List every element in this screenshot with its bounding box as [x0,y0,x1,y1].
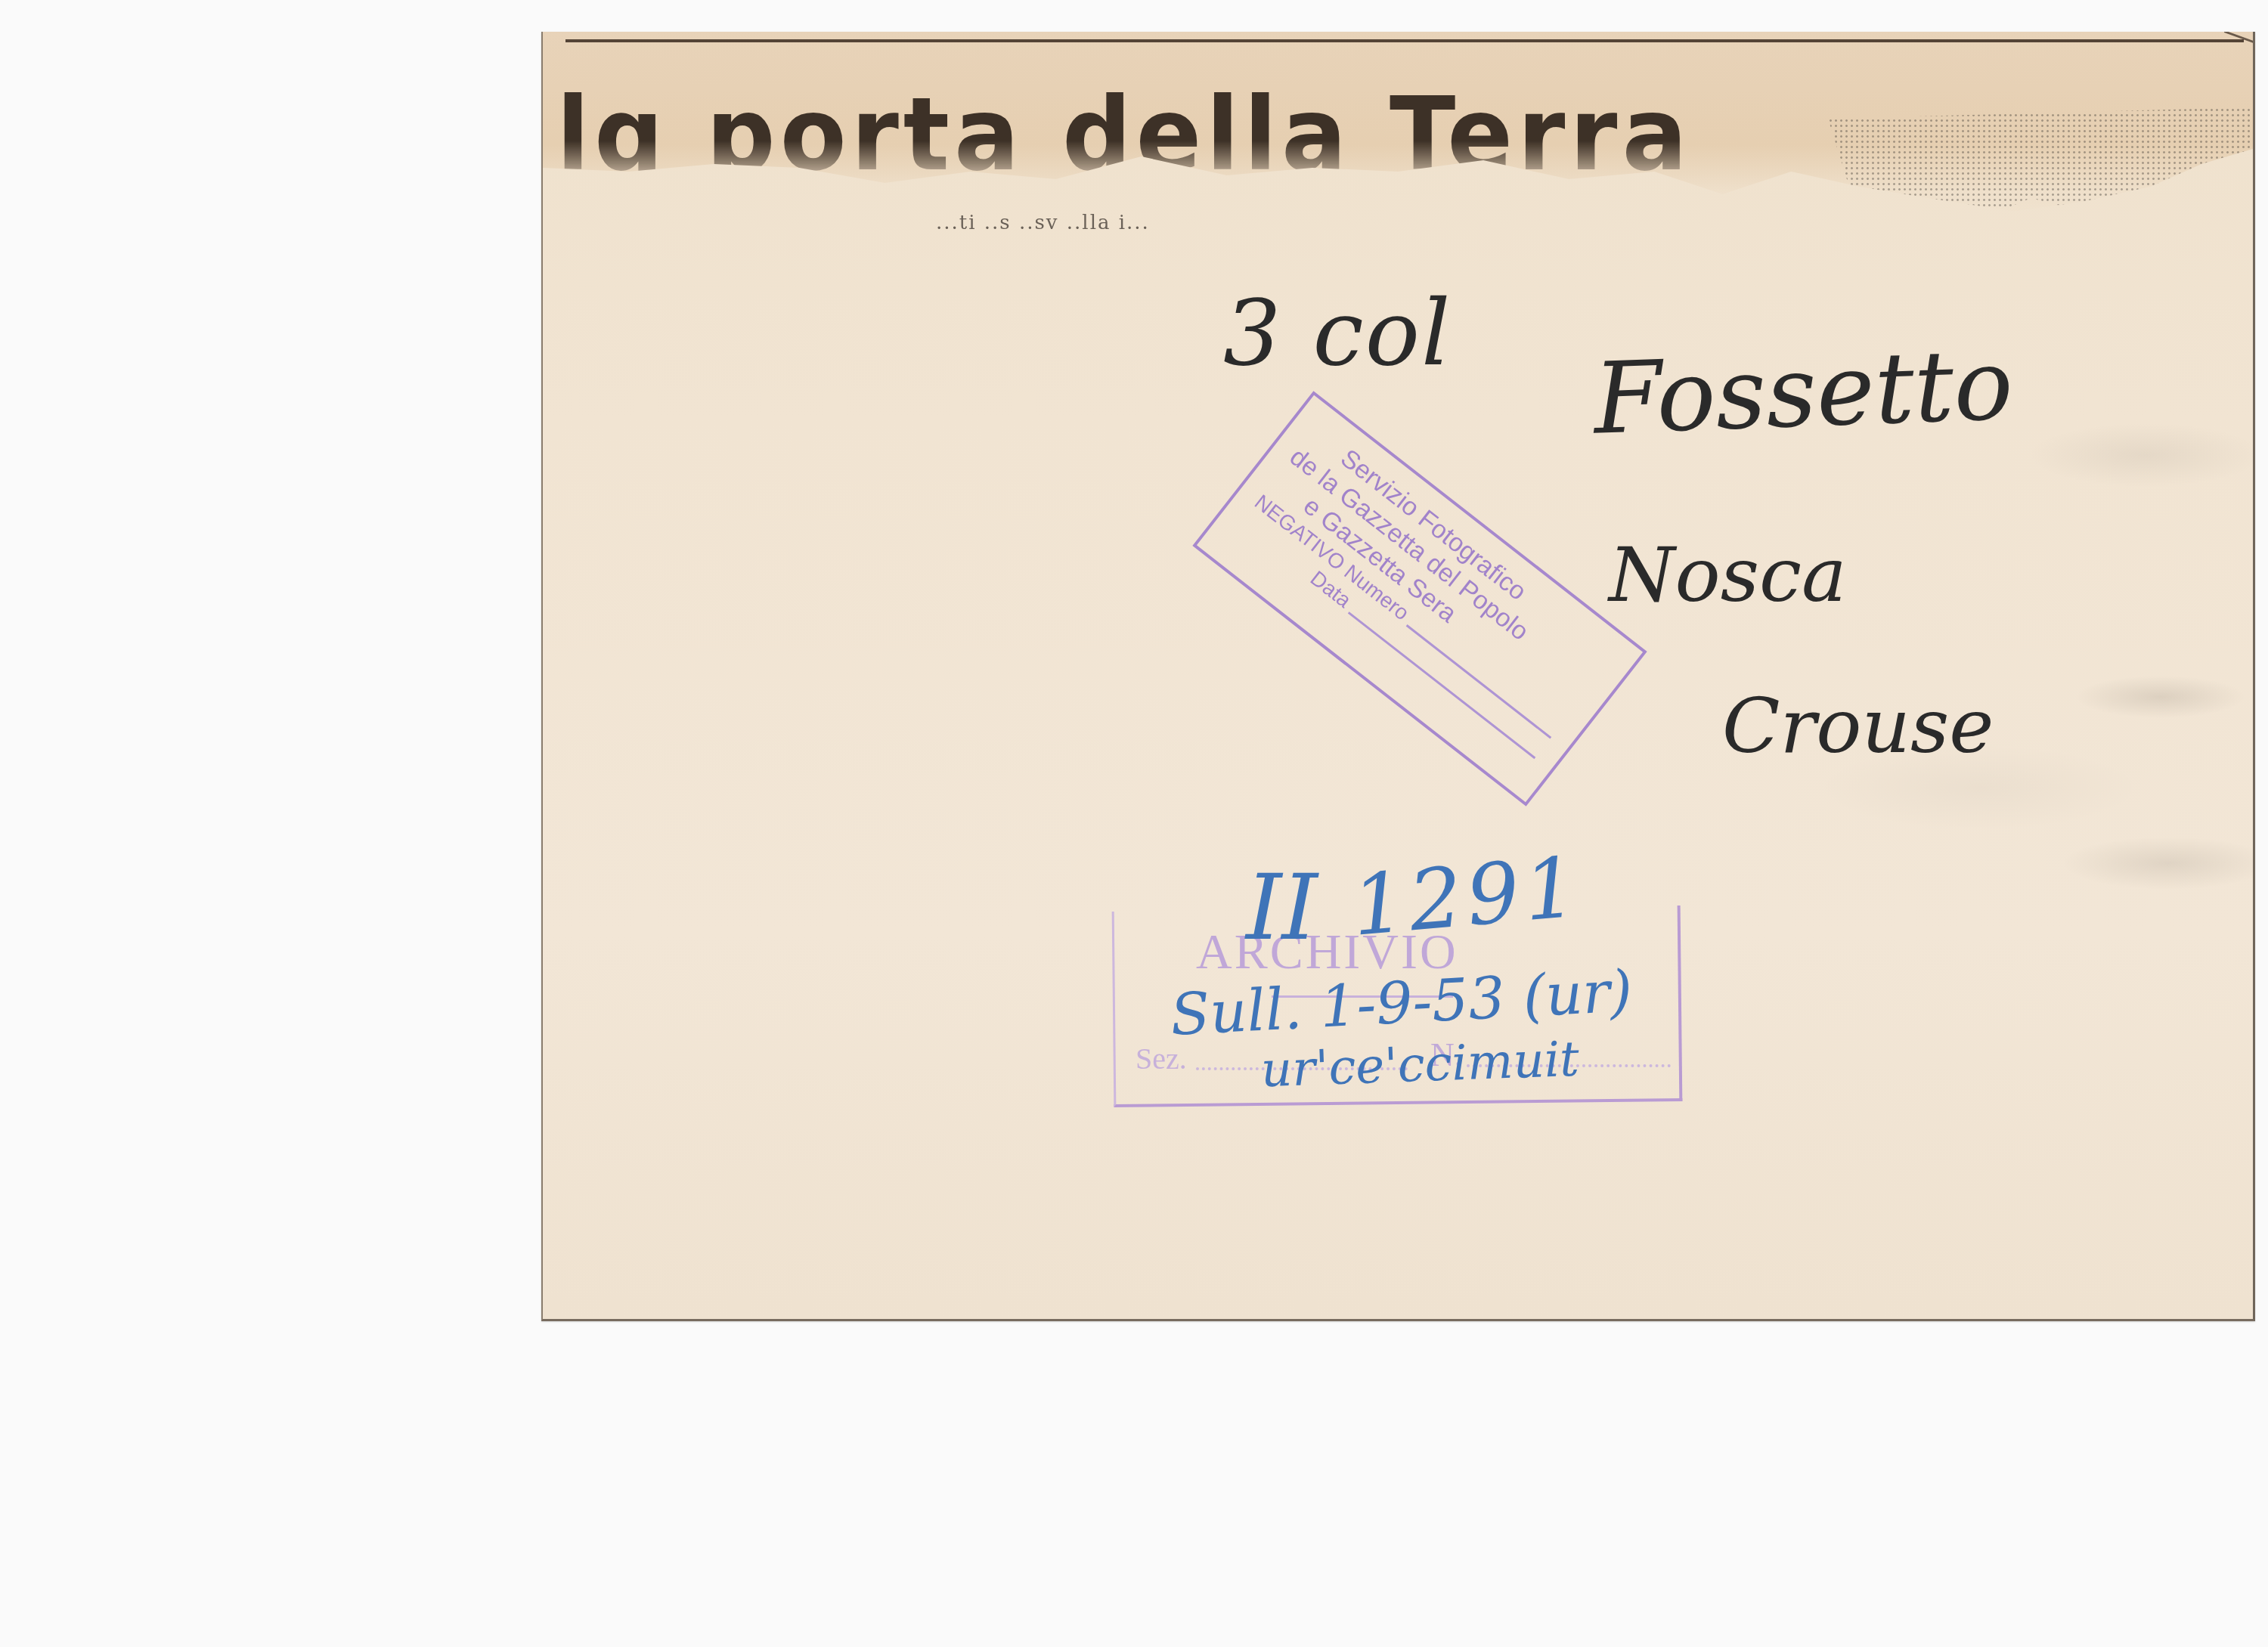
newspaper-clipping: lq porta della Terra [543,32,2253,221]
photo-back-paper: lq porta della Terra ...ti ..s ..sv ..ll… [541,32,2255,1321]
pencil-note-line3: Crouse [1722,682,1994,770]
pencil-note-line1: Fossetto [1592,327,2015,456]
torn-corner [2224,30,2257,98]
newspaper-headline: lq porta della Terra [556,76,1692,193]
newspaper-underline [724,187,1488,189]
photo-service-stamp: Servizio Fotografico de la Gazzetta del … [1192,391,1647,806]
pencil-note-columns: 3 col [1223,281,1452,386]
newspaper-top-rule [565,39,2244,42]
ink-section-number: II [1246,856,1318,961]
ink-note-line: ur'ce'ccimuit [1260,1032,1580,1099]
pencil-note-line2: Nosca [1609,531,1847,619]
ink-archive-number: 1291 [1348,838,1585,955]
newspaper-subtext: ...ti ..s ..sv ..lla i... [936,212,1150,234]
newspaper-halftone-residue [1828,107,2251,221]
